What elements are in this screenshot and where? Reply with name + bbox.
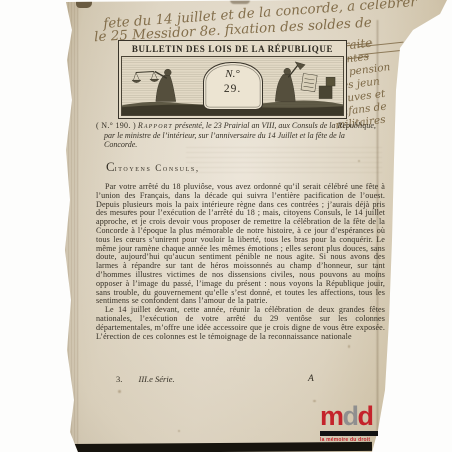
mdd-logo: mdd — [320, 403, 382, 430]
bleed-through-ghost — [186, 147, 382, 177]
salutation-text: itoyens Consuls, — [115, 163, 200, 173]
page-bottom-shadow — [66, 442, 372, 452]
issue-number: 29. — [204, 82, 262, 96]
allegorical-engraving: N.° 29. — [121, 56, 344, 116]
page-number: 3. — [116, 374, 122, 384]
logo-letter-d1: d — [343, 401, 358, 431]
paper-speck — [178, 430, 180, 432]
handwritten-margin-notes: rentes et pension des jeun veuves et enf… — [335, 48, 447, 126]
logo-letter-m: m — [320, 401, 343, 431]
series-label: III.e Série. — [139, 374, 175, 384]
signature-mark: A — [308, 374, 314, 384]
document-page: fete du 14 juillet et de la concorde, a … — [58, 0, 448, 452]
masthead-banner: BULLETIN DES LOIS DE LA RÉPUBLIQUE — [118, 40, 347, 119]
logo-letter-d2: d — [358, 401, 373, 431]
report-body: Par votre arrêté du 18 pluviôse, vous av… — [96, 183, 385, 341]
report-number: ( N.° 190. ) — [96, 121, 136, 130]
salutation-initial: C — [106, 159, 115, 174]
body-paragraph: Le 14 juillet devant, cette année, réuni… — [96, 306, 385, 341]
photo-backdrop: fete du 14 juillet et de la concorde, a … — [0, 0, 452, 452]
masthead-title: BULLETIN DES LOIS DE LA RÉPUBLIQUE — [119, 41, 346, 56]
logo-caption: la mémoire du droit — [320, 437, 382, 443]
paper-torn-left-edge — [62, 0, 78, 452]
binding-remnant — [76, 0, 92, 8]
paper-speck — [118, 390, 121, 393]
report-title-word: Rapport — [138, 121, 173, 130]
salutation: Citoyens Consuls, — [106, 158, 200, 176]
report-citation: ( N.° 190. ) Rapport présenté, le 23 Pra… — [96, 121, 380, 150]
paper-speck — [348, 345, 350, 348]
body-paragraph: Par votre arrêté du 18 pluviôse, vous av… — [96, 183, 385, 306]
page-footer: 3. III.e Série. A — [96, 374, 385, 384]
mdd-watermark: mdd la mémoire du droit — [320, 403, 382, 443]
issue-number-label: N.° — [204, 63, 262, 82]
logo-bar — [320, 431, 378, 436]
paper-speck — [313, 400, 316, 402]
issue-number-cartouche: N.° 29. — [203, 62, 263, 110]
binding-shadow — [230, 0, 250, 4]
